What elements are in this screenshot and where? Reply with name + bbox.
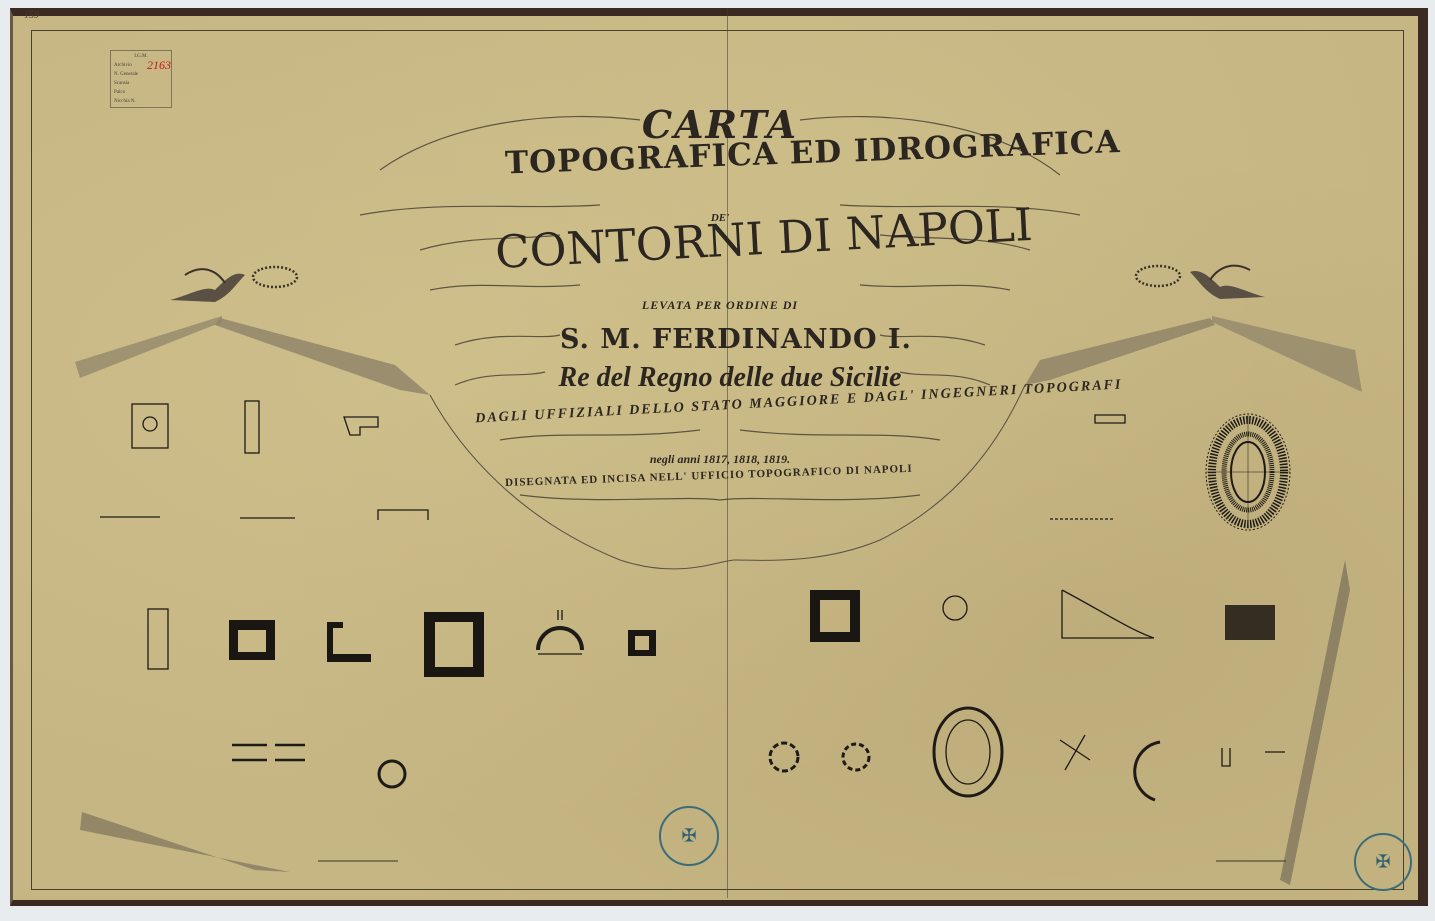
architectural-plans-solid xyxy=(229,590,1275,677)
plan-cella xyxy=(424,612,484,677)
plan-section-slope xyxy=(1062,590,1154,638)
map-illustrations xyxy=(0,0,1435,921)
plan-square-temple xyxy=(810,590,860,642)
plan-crossing-walls xyxy=(1060,735,1090,770)
stamp-cross-icon: ✠ xyxy=(1375,852,1390,873)
plan-small-tombs xyxy=(1222,748,1285,766)
plan-arc-wall xyxy=(1135,742,1160,800)
plan-temple-rotunda xyxy=(229,620,275,660)
plan-cistern-grid xyxy=(1225,605,1275,640)
plan-stepped-ruin xyxy=(344,417,378,435)
plan-octagonal-rotunda xyxy=(770,743,798,771)
plan-circular-tomb xyxy=(379,761,405,787)
right-dove-with-wreath xyxy=(1136,266,1265,299)
plan-walls-fragment xyxy=(232,745,305,760)
plan-amphitheatre-small xyxy=(934,708,1002,796)
plan-villa xyxy=(132,404,168,448)
plan-flavian-amphitheatre xyxy=(1206,414,1290,530)
plan-rectangular-hall xyxy=(245,401,259,453)
left-dove-with-wreath xyxy=(170,267,297,302)
plan-thermal-complex xyxy=(943,596,967,620)
stamp-bottom-right: ✠ xyxy=(1354,833,1412,891)
calligraphic-flourishes xyxy=(360,117,1080,500)
plan-grid-hall xyxy=(148,609,168,669)
left-paper-scroll xyxy=(75,316,735,872)
plan-theatre xyxy=(538,628,582,650)
plan-round-temple xyxy=(843,744,869,770)
plan-baths-fragment xyxy=(327,622,371,662)
right-paper-scroll xyxy=(735,316,1362,885)
plan-small-tholos xyxy=(628,630,656,656)
stamp-cross-icon: ✠ xyxy=(681,826,696,847)
stamp-bottom-center: ✠ xyxy=(659,806,719,866)
plan-elevation-strip xyxy=(100,510,428,520)
